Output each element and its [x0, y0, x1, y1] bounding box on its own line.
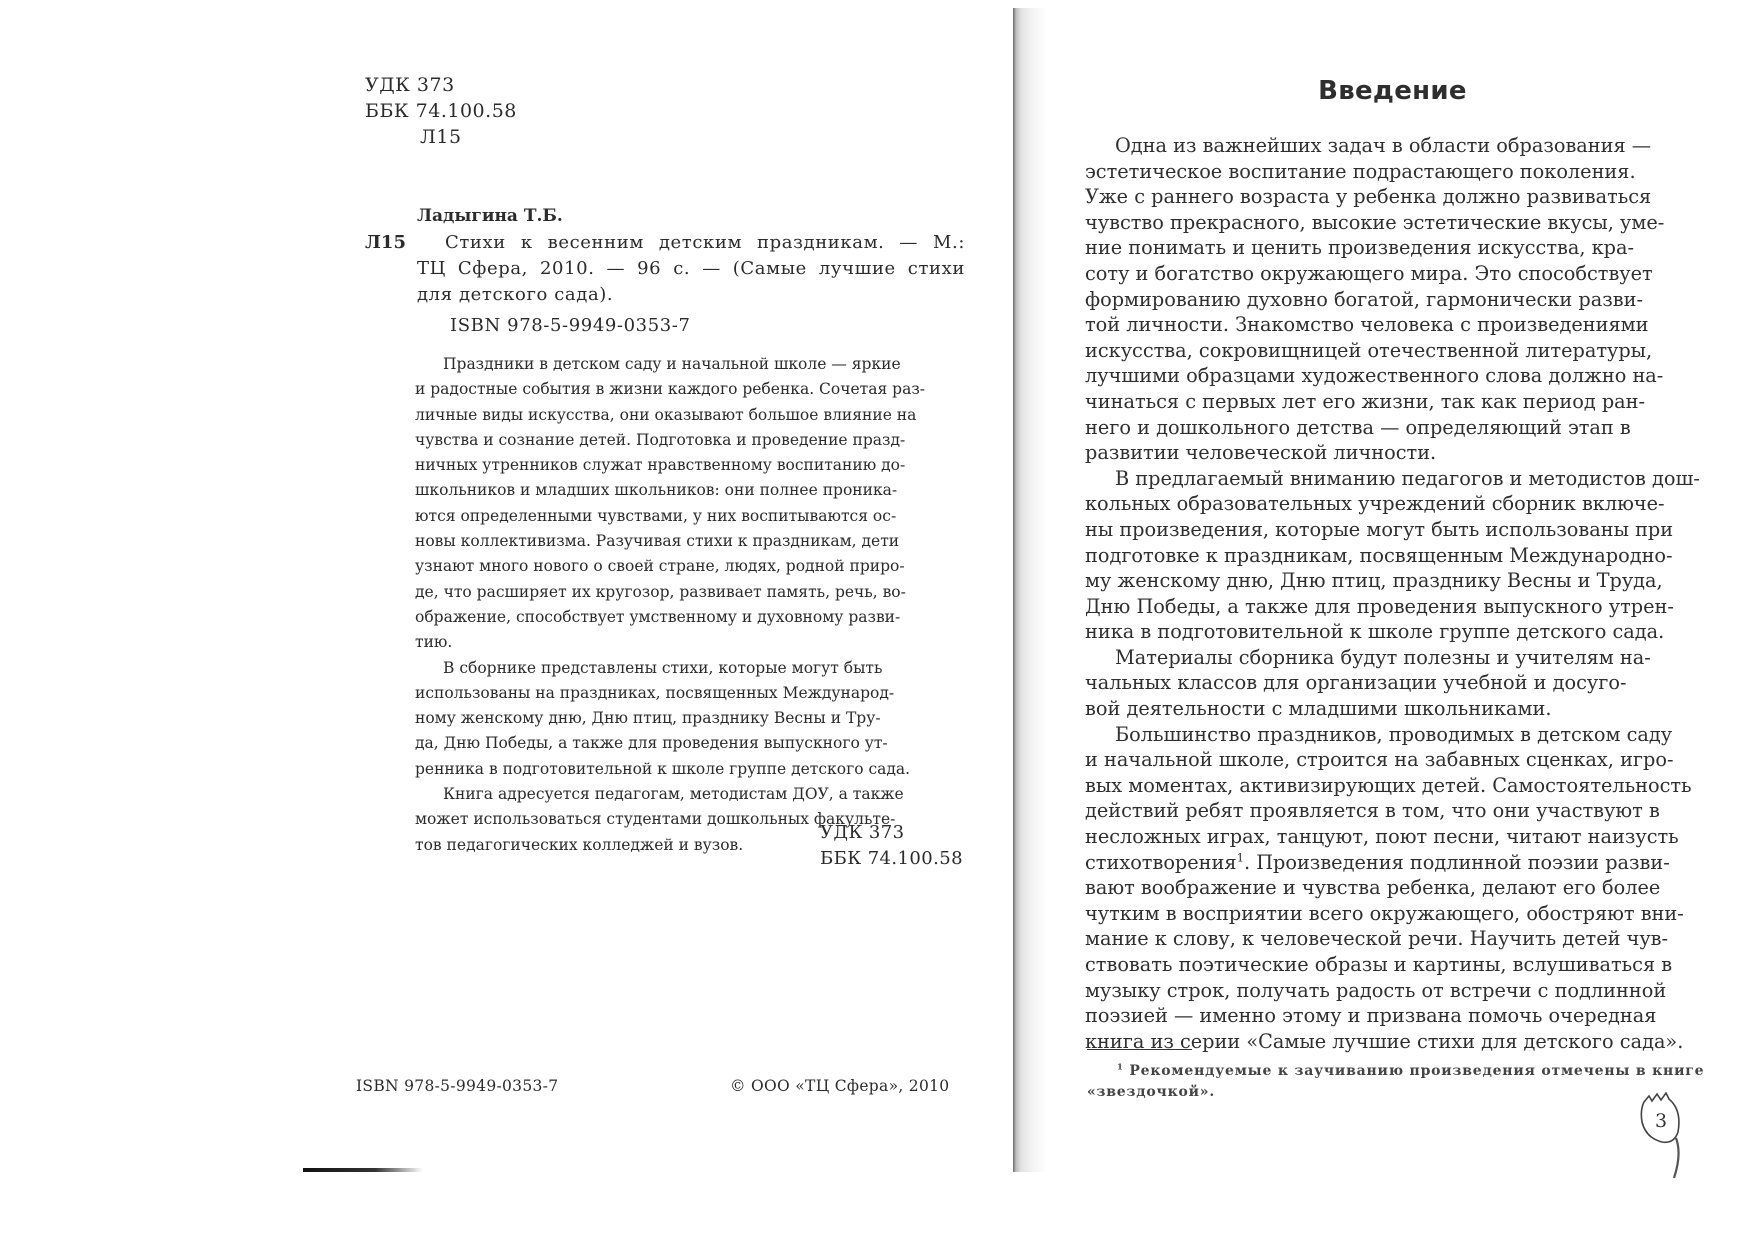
chapter-body: Одна из важнейших задач в области образо…: [1085, 133, 1702, 1054]
footnote-ref[interactable]: 1: [1237, 850, 1244, 864]
annotation-line: Праздники в детском саду и начальной шко…: [415, 355, 901, 373]
biblio-line: Стихи к весенним детским праздникам. — М…: [445, 230, 965, 256]
body-line: чувство прекрасного, высокие эстетически…: [1085, 211, 1664, 234]
body-line: Одна из важнейших задач в области образо…: [1085, 134, 1651, 157]
annotation-line: В сборнике представлены стихи, которые м…: [415, 659, 882, 677]
body-line: ны произведения, которые могут быть испо…: [1085, 518, 1673, 541]
body-line: Дню Победы, а также для проведения выпус…: [1085, 595, 1674, 618]
body-line: Большинство праздников, проводимых в дет…: [1085, 723, 1672, 746]
footnote-line: «звездочкой».: [1087, 1082, 1704, 1103]
annotation-line: тию.: [415, 630, 965, 655]
body-line: соту и богатство окружающего мира. Это с…: [1085, 262, 1653, 285]
scan-edge-stroke: [303, 1168, 423, 1172]
body-line: кольных образовательных учреждений сборн…: [1085, 492, 1665, 515]
body-line: мание к слову, к человеческой речи. Науч…: [1085, 927, 1668, 950]
author-name: Ладыгина Т.Б.: [417, 206, 563, 226]
book-gutter: [1013, 8, 1047, 1172]
annotation-line: и радостные события в жизни каждого ребе…: [415, 380, 925, 398]
bbk-code-bottom: ББК 74.100.58: [820, 846, 963, 872]
annotation-line: ничных утренников служат нравственному в…: [415, 456, 905, 474]
body-line: чальных классов для организации учебной …: [1085, 671, 1626, 694]
body-line: ние понимать и ценить произведения искус…: [1085, 236, 1634, 259]
footnote-rule: [1087, 1049, 1192, 1050]
annotation-line: Книга адресуется педагогам, методистам Д…: [415, 785, 904, 803]
body-line: В предлагаемый вниманию педагогов и мето…: [1085, 467, 1700, 490]
footer-isbn: ISBN 978-5-9949-0353-7: [356, 1077, 558, 1095]
author-mark: Л15: [420, 124, 462, 150]
body-line: вых моментах, активизирующих детей. Само…: [1085, 774, 1692, 797]
annotation: Праздники в детском саду и начальной шко…: [415, 352, 965, 858]
body-line: искусства, сокровищницей отечественной л…: [1085, 339, 1652, 362]
body-line: несложных играх, танцуют, поют песни, чи…: [1085, 825, 1679, 848]
annotation-line: личные виды искусства, они оказывают бол…: [415, 406, 916, 424]
body-line-with-footnote: стихотворения1. Произведения подлинной п…: [1085, 850, 1702, 876]
body-line: чутким в восприятии всего окружающего, о…: [1085, 902, 1684, 925]
annotation-line: использованы на праздниках, посвященных …: [415, 684, 894, 702]
annotation-line: новы коллективизма. Разучивая стихи к пр…: [415, 532, 899, 550]
body-line: него и дошкольного детства — определяющи…: [1085, 416, 1631, 439]
annotation-line: ются определенными чувствами, у них восп…: [415, 507, 896, 525]
annotation-line: школьников и младших школьников: они пол…: [415, 481, 897, 499]
biblio-line: для детского сада).: [417, 282, 965, 308]
bbk-code: ББК 74.100.58: [365, 98, 517, 124]
body-line: вой деятельности с младшими школьниками.: [1085, 696, 1702, 722]
body-line: музыку строк, получать радость от встреч…: [1085, 979, 1666, 1002]
body-line: эстетическое воспитание подрастающего по…: [1085, 160, 1636, 183]
isbn: ISBN 978-5-9949-0353-7: [450, 315, 691, 336]
body-line: той личности. Знакомство человека с прои…: [1085, 313, 1649, 336]
body-line: ника в подготовительной к школе группе д…: [1085, 619, 1702, 645]
body-line: книга из серии «Самые лучшие стихи для д…: [1085, 1029, 1702, 1055]
body-line: действий ребят проявляется в том, что он…: [1085, 799, 1660, 822]
footnote-marker: 1: [1117, 1063, 1124, 1071]
author-code: Л15: [365, 232, 406, 253]
body-line: ствовать поэтические образы и картины, в…: [1085, 953, 1672, 976]
body-line: поэзией — именно этому и призвана помочь…: [1085, 1004, 1656, 1027]
classification-bottom: УДК 373 ББК 74.100.58: [820, 820, 963, 872]
annotation-line: ному женскому дню, Дню птиц, празднику В…: [415, 709, 881, 727]
udk-code: УДК 373: [365, 72, 455, 98]
tulip-page-number-icon: 3: [1638, 1092, 1688, 1182]
body-line: развитии человеческой личности.: [1085, 440, 1702, 466]
footer-copyright: © ООО «ТЦ Сфера», 2010: [730, 1077, 949, 1095]
footnote: 1 Рекомендуемые к заучиванию произведени…: [1087, 1061, 1704, 1103]
annotation-line: да, Дню Победы, а также для проведения в…: [415, 734, 888, 752]
body-line: чинаться с первых лет его жизни, так как…: [1085, 390, 1645, 413]
body-line: вают воображение и чувства ребенка, дела…: [1085, 876, 1660, 899]
body-line: му женскому дню, Дню птиц, празднику Вес…: [1085, 569, 1663, 592]
body-line: подготовке к праздникам, посвященным Меж…: [1085, 544, 1673, 567]
annotation-line: узнают много нового о своей стране, людя…: [415, 557, 905, 575]
body-line: и начальной школе, строится на забавных …: [1085, 748, 1673, 771]
body-line: лучшими образцами художественного слова …: [1085, 364, 1663, 387]
body-line: Материалы сборника будут полезны и учите…: [1085, 646, 1651, 669]
page-number: 3: [1655, 1110, 1667, 1132]
footnote-line: 1 Рекомендуемые к заучиванию произведени…: [1087, 1063, 1704, 1079]
chapter-title: Введение: [1085, 76, 1700, 106]
annotation-line: де, что расширяет их кругозор, развивает…: [415, 583, 906, 601]
annotation-line: ображение, способствует умственному и ду…: [415, 608, 900, 626]
body-line: Уже с раннего возраста у ребенка должно …: [1085, 185, 1651, 208]
bibliographic-entry: Стихи к весенним детским праздникам. — М…: [445, 230, 965, 308]
body-line: формированию духовно богатой, гармоничес…: [1085, 288, 1643, 311]
udk-code-bottom: УДК 373: [820, 820, 963, 846]
annotation-line: ренника в подготовительной к школе групп…: [415, 760, 910, 778]
biblio-line: ТЦ Сфера, 2010. — 96 с. — (Самые лучшие …: [417, 256, 965, 282]
annotation-line: чувства и сознание детей. Подготовка и п…: [415, 431, 905, 449]
